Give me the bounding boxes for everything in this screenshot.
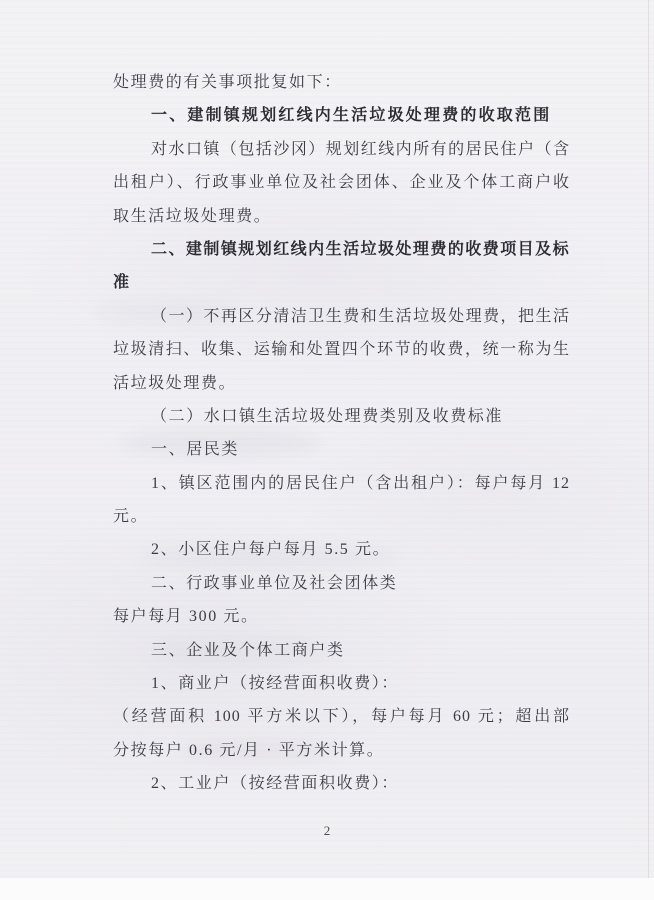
item-1-paragraph-line-2: 垃圾清扫、收集、运输和处置四个环节的收费，统一称为生: [113, 333, 570, 366]
category-institutions-heading: 二、行政事业单位及社会团体类: [113, 567, 570, 600]
section-1-heading: 一、建制镇规划红线内生活垃圾处理费的收取范围: [113, 99, 570, 132]
category-business-heading: 三、企业及个体工商户类: [113, 634, 570, 667]
residents-fee-line-1: 1、镇区范围内的居民住户（含出租户）：每户每月 12: [113, 467, 570, 500]
category-residents-heading: 一、居民类: [113, 433, 570, 466]
section-1-paragraph-line-2: 出租户）、行政事业单位及社会团体、企业及个体工商户收: [113, 166, 570, 199]
community-residents-fee: 2、小区住户每户每月 5.5 元。: [113, 533, 570, 566]
commercial-fee-line-2: 分按每户 0.6 元/月 · 平方米计算。: [113, 734, 570, 767]
intro-continuation-line: 处理费的有关事项批复如下：: [113, 66, 570, 99]
commercial-fee-line-1: （经营面积 100 平方米以下），每户每月 60 元；超出部: [113, 700, 570, 733]
section-1-paragraph-line-1: 对水口镇（包括沙冈）规划红线内所有的居民住户（含: [113, 133, 570, 166]
item-1-paragraph-line-3: 活垃圾处理费。: [113, 367, 570, 400]
section-2-heading-line-1: 二、建制镇规划红线内生活垃圾处理费的收费项目及标: [113, 233, 570, 266]
section-1-paragraph-line-3: 取生活垃圾处理费。: [113, 200, 570, 233]
item-1-paragraph-line-1: （一）不再区分清洁卫生费和生活垃圾处理费，把生活: [113, 300, 570, 333]
item-2-heading: （二）水口镇生活垃圾处理费类别及收费标准: [113, 400, 570, 433]
scan-edge-line: [648, 0, 649, 878]
document-body: 处理费的有关事项批复如下： 一、建制镇规划红线内生活垃圾处理费的收取范围 对水口…: [113, 66, 570, 801]
page-number: 2: [0, 822, 654, 840]
institutions-fee: 每户每月 300 元。: [113, 600, 570, 633]
commercial-fee-heading: 1、商业户（按经营面积收费）：: [113, 667, 570, 700]
scan-bottom-edge: [0, 878, 654, 900]
industrial-fee-heading: 2、工业户（按经营面积收费）：: [113, 767, 570, 800]
section-2-heading-line-2: 准: [113, 266, 570, 299]
residents-fee-line-2: 元。: [113, 500, 570, 533]
